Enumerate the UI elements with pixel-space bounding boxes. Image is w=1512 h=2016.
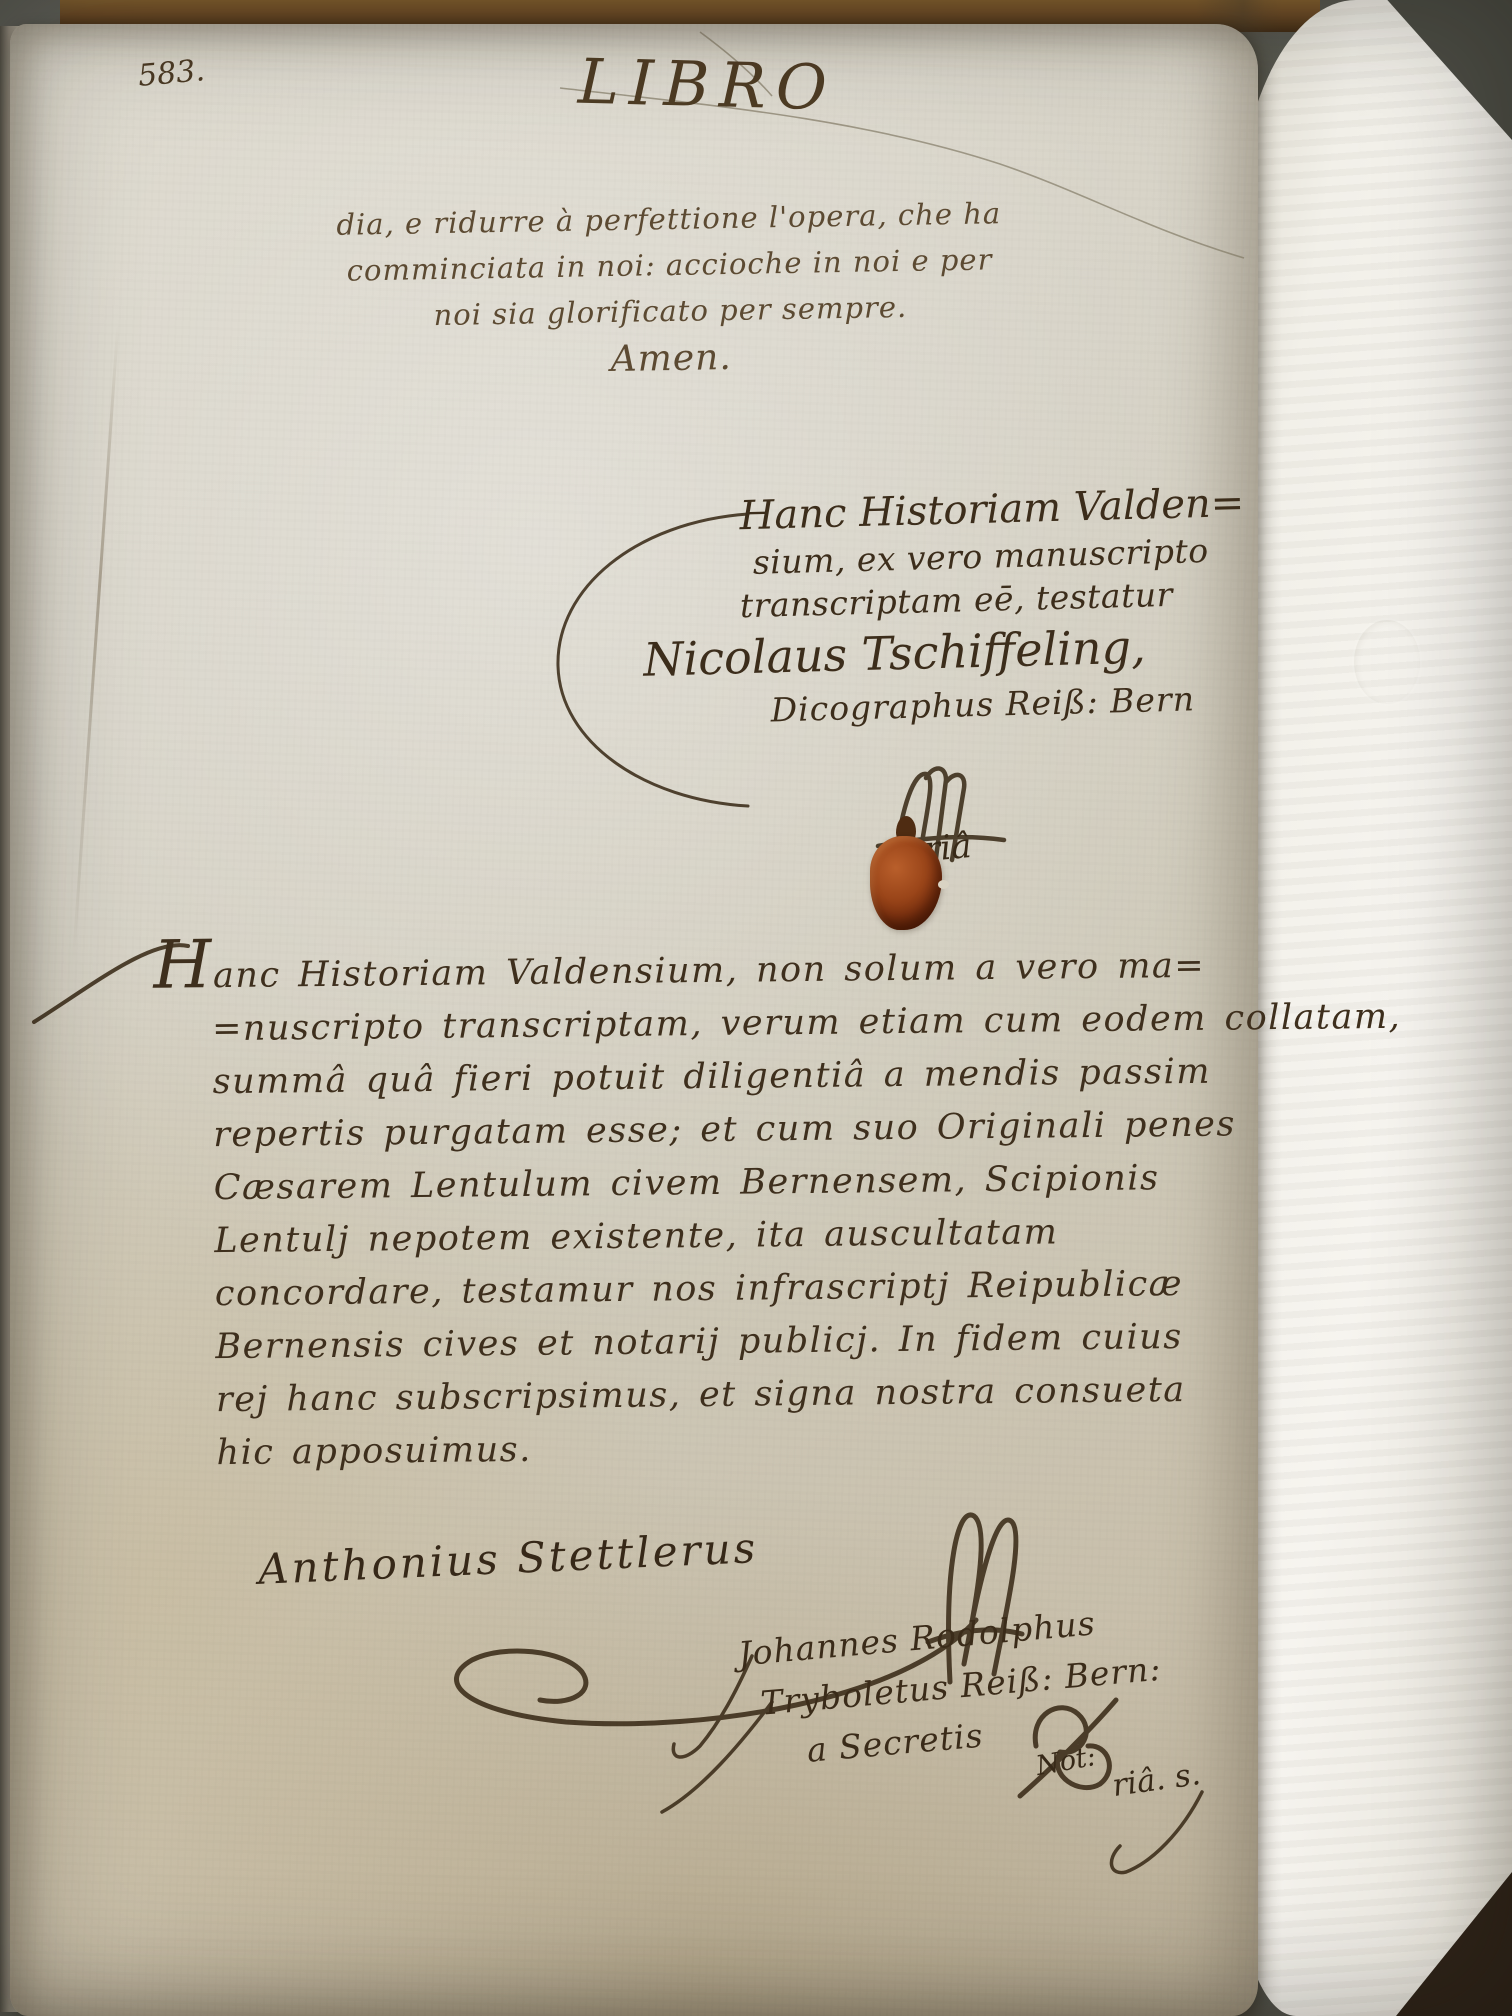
notarial-certificate-block: Hanc Historiam Valdensium, non solum a v… <box>145 934 1271 1481</box>
certificate-line: hic apposuimus. <box>216 1416 1270 1480</box>
certificate-line: rej hanc subscripsimus, et signa nostra … <box>216 1363 1270 1427</box>
attestation-signer-name: Nicolaus Tschiffeling, <box>643 621 1249 683</box>
attestation-line: transcriptam eē, testatur <box>739 576 1246 622</box>
attestation-line: Hanc Historiam Valden= <box>739 483 1245 536</box>
paper-watermark <box>1352 618 1422 706</box>
page-number: 583. <box>137 53 207 94</box>
attestation-block: Hanc Historiam Valden= sium, ex vero man… <box>705 483 1250 728</box>
wax-seal-chip <box>938 880 949 889</box>
prayer-block: dia, e ridurre à perfettione l'opera, ch… <box>290 189 1049 388</box>
certificate-line: Cæsarem Lentulum civem Bernensem, Scipio… <box>213 1151 1267 1215</box>
page-title: LIBRO <box>577 45 838 125</box>
attestation-line: sium, ex vero manuscripto <box>752 533 1245 579</box>
crease-line <box>72 325 120 964</box>
manuscript-photo: 583. LIBRO dia, e ridurre à perfettione … <box>0 0 1512 2016</box>
